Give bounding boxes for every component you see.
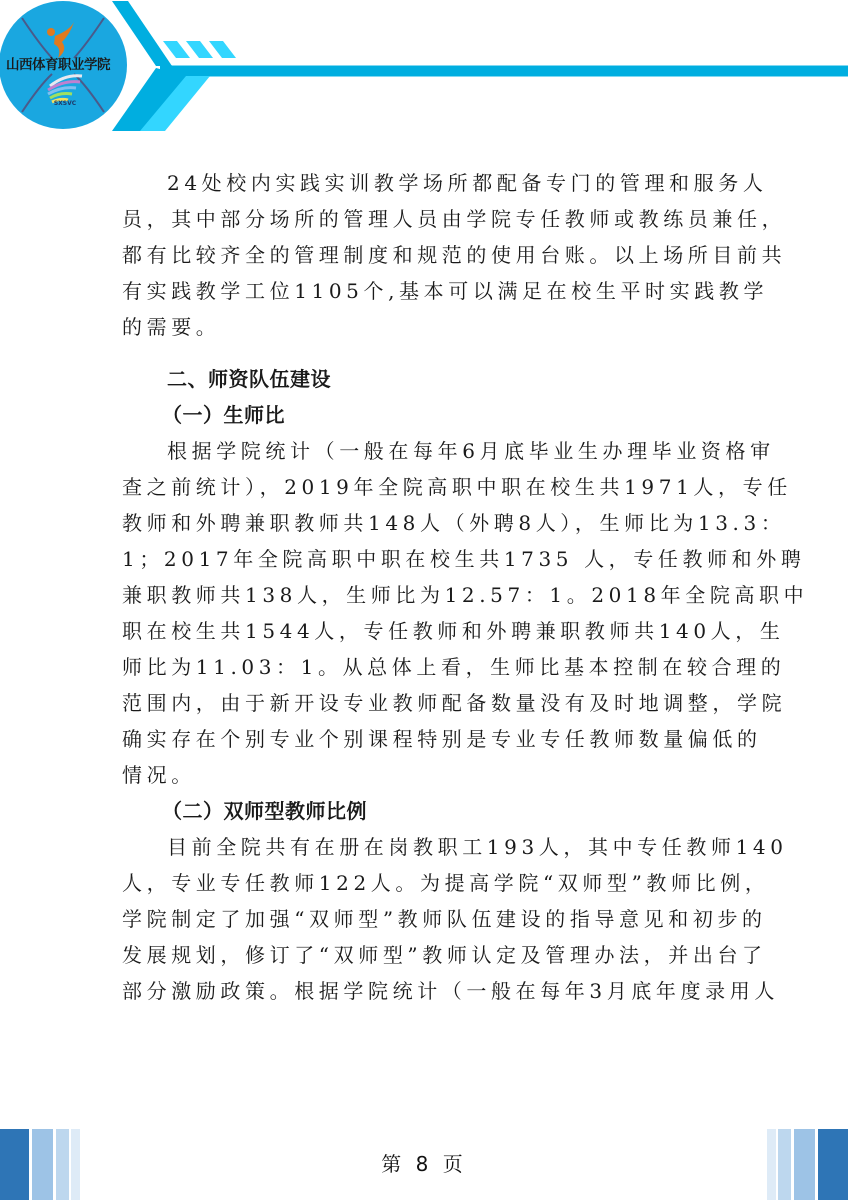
paragraph-line: 人，专业专任教师122人。为提高学院“双师型”教师比例， [122,865,769,901]
paragraph-line: 范围内，由于新开设专业教师配备数量没有及时地调整，学院 [122,685,786,721]
page-header: 山西体育职业学院 SXSVC [0,0,848,140]
paragraph-line: 查之前统计），2019年全院高职中职在校生共1971人，专任 [122,469,792,505]
logo-title: 山西体育职业学院 [6,53,122,73]
page-number: 第 8 页 [0,1148,848,1177]
paragraph-line: 师比为11.03：1。从总体上看，生师比基本控制在较合理的 [122,649,785,685]
subsection-heading: （一）生师比 [162,397,285,433]
paragraph-line: 情况。 [122,757,196,793]
paragraph-line: 1；2017年全院高职中职在校生共1735 人，专任教师和外聘 [122,541,805,577]
paragraph-line: 部分激励政策。根据学院统计（一般在每年3月底年度录用人 [122,973,779,1009]
paragraph-line: 目前全院共有在册在岗教职工193人，其中专任教师140 [167,829,788,865]
paragraph-line: 确实存在个别专业个别课程特别是专业专任教师数量偏低的 [122,721,762,757]
header-banner-graphic [0,0,848,140]
paragraph-line: 职在校生共1544人，专任教师和外聘兼职教师共140人，生 [122,613,784,649]
subsection-heading: （二）双师型教师比例 [162,793,367,829]
paragraph-line: 发展规划，修订了“双师型”教师认定及管理办法，并出台了 [122,937,767,973]
paragraph-line: 兼职教师共138人，生师比为12.57：1。2018年全院高职中 [122,577,808,613]
section-heading: 二、师资队伍建设 [167,361,331,397]
paragraph-line: 根据学院统计（一般在每年6月底毕业生办理毕业资格审 [167,433,775,469]
paragraph-line: 学院制定了加强“双师型”教师队伍建设的指导意见和初步的 [122,901,767,937]
paragraph-line: 24处校内实践实训教学场所都配备专门的管理和服务人 [167,165,767,201]
paragraph-line: 都有比较齐全的管理制度和规范的使用台账。以上场所目前共 [122,237,786,273]
paragraph-line: 有实践教学工位1105个,基本可以满足在校生平时实践教学 [122,273,768,309]
paragraph-line: 员，其中部分场所的管理人员由学院专任教师或教练员兼任， [122,201,786,237]
paragraph-line: 教师和外聘兼职教师共148人（外聘8人），生师比为13.3： [122,505,785,541]
logo-subtitle: SXSVC [50,100,80,107]
paragraph-line: 的需要。 [122,309,220,345]
